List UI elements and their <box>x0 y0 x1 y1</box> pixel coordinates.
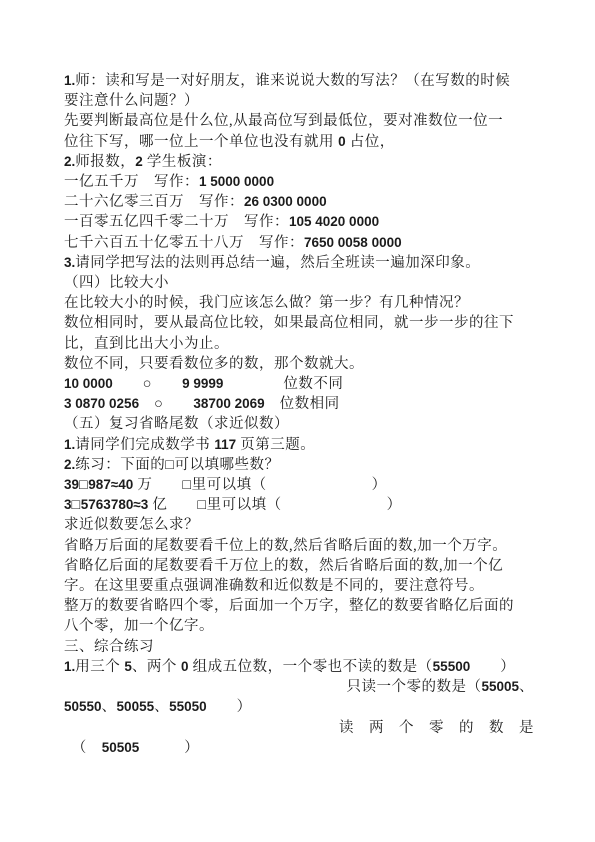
text-run: 比，直到比出大小为止。 <box>64 336 229 352</box>
text-line: 50550、50055、55050 ） <box>64 697 534 717</box>
text-line: （ 50505 ） <box>64 738 534 758</box>
number-run: 2 <box>135 154 143 169</box>
text-line: 10 0000 ○ 9 9999 位数不同 <box>64 374 534 394</box>
text-run: 占位， <box>346 134 395 150</box>
number-run: 987≈40 <box>88 477 133 492</box>
text-run: 位数相同 <box>265 396 340 412</box>
text-line: 3□5763780≈3 亿 □里可以填（ ） <box>64 495 534 515</box>
text-run: ○ <box>113 376 182 392</box>
number-run: 1. <box>64 73 75 88</box>
text-line: 八个零，加一个亿字。 <box>64 616 534 636</box>
text-line: 2.师报数，2 学生板演： <box>64 152 534 172</box>
text-run: 数位不同，只要看数位多的数，那个数就大。 <box>64 356 364 372</box>
number-run: 50055 <box>117 699 155 714</box>
text-run: （ <box>64 740 102 756</box>
number-run: 3. <box>64 255 75 270</box>
text-run: （五）复习省略尾数（求近似数） <box>64 416 289 432</box>
text-line: 2.练习：下面的□可以填哪些数？ <box>64 455 534 475</box>
number-run: 39 <box>64 477 79 492</box>
text-run: 位数不同 <box>223 376 343 392</box>
number-run: 7650 0058 0000 <box>304 235 402 250</box>
text-run: 省略亿后面的尾数要看千万位上的数，然后省略后面的数,加一个亿 <box>64 558 503 574</box>
text-line: 三、综合练习 <box>64 637 534 657</box>
number-run: 55050 <box>169 699 207 714</box>
number-run: 10 0000 <box>64 376 113 391</box>
text-run: 请同学把写法的法则再总结一遍，然后全班读一遍加深印象。 <box>75 255 480 271</box>
number-run: 105 4020 0000 <box>289 214 379 229</box>
document-page: 1.师：读和写是一对好朋友，谁来说说大数的写法？（在写数的时候要注意什么问题？）… <box>0 0 595 842</box>
text-run: 、 <box>154 699 169 715</box>
text-run: 、两个 <box>132 659 181 675</box>
number-run: 50550 <box>64 699 102 714</box>
text-run: 数位相同时，要从最高位比较，如果最高位相同，就一步一步的往下 <box>64 315 514 331</box>
text-line: 要注意什么问题？） <box>64 91 534 111</box>
text-run: ） <box>470 659 515 675</box>
text-line: 数位不同，只要看数位多的数，那个数就大。 <box>64 354 534 374</box>
text-line: 七千六百五十亿零五十八万 写作：7650 0058 0000 <box>64 233 534 253</box>
text-run: 一百零五亿四千零二十万 写作： <box>64 214 289 230</box>
number-run: 117 <box>214 437 236 452</box>
text-run: 三、综合练习 <box>64 639 154 655</box>
text-run: 学生板演： <box>143 154 222 170</box>
number-run: 2. <box>64 457 75 472</box>
number-run: 55500 <box>433 659 471 674</box>
text-line: （四）比较大小 <box>64 273 534 293</box>
number-run: 3 <box>64 497 72 512</box>
text-run: （四）比较大小 <box>64 275 169 291</box>
text-run: 请同学们完成数学书 <box>75 437 214 453</box>
text-run: 组成五位数，一个零也不读的数是（ <box>189 659 433 675</box>
text-line: 字。在这里要重点强调准确数和近似数是不同的，要注意符号。 <box>64 576 534 596</box>
text-line: 读 两 个 零 的 数 是 <box>64 718 534 738</box>
text-line: 比，直到比出大小为止。 <box>64 334 534 354</box>
text-line: 在比较大小的时候，我门应该怎么做？第一步？有几种情况？ <box>64 293 534 313</box>
text-line: 只读一个零的数是（55005、 <box>64 677 534 697</box>
text-line: 整万的数要省略四个零，后面加一个万字，整亿的数要省略亿后面的 <box>64 596 534 616</box>
text-run: 亿 □里可以填（ ） <box>148 497 401 513</box>
number-run: 3 0870 0256 <box>64 396 139 411</box>
text-run: 只读一个零的数是（ <box>346 679 481 695</box>
number-run: 1. <box>64 659 75 674</box>
number-run: 50505 <box>102 740 140 755</box>
number-run: 5 <box>124 659 132 674</box>
number-run: 2. <box>64 154 75 169</box>
document-body: 1.师：读和写是一对好朋友，谁来说说大数的写法？（在写数的时候要注意什么问题？）… <box>64 71 534 758</box>
text-run: 一亿五千万 写作： <box>64 174 199 190</box>
text-run: 师报数， <box>75 154 135 170</box>
text-run: 八个零，加一个亿字。 <box>64 618 214 634</box>
text-run: 位往下写，哪一位上一个单位也没有就用 <box>64 134 338 150</box>
text-line: 省略万后面的尾数要看千位上的数,然后省略后面的数,加一个万字。 <box>64 536 534 556</box>
text-line: 二十六亿零三百万 写作：26 0300 0000 <box>64 192 534 212</box>
text-run: 、 <box>102 699 117 715</box>
text-line: 一亿五千万 写作：1 5000 0000 <box>64 172 534 192</box>
number-run: 9 9999 <box>182 376 223 391</box>
text-run: 二十六亿零三百万 写作： <box>64 194 244 210</box>
text-run: 万 □里可以填（ ） <box>133 477 386 493</box>
number-run: 55005 <box>481 679 519 694</box>
text-line: 1.师：读和写是一对好朋友，谁来说说大数的写法？（在写数的时候 <box>64 71 534 91</box>
text-run: 字。在这里要重点强调准确数和近似数是不同的，要注意符号。 <box>64 578 484 594</box>
number-run: 38700 2069 <box>193 396 264 411</box>
text-run: 省略万后面的尾数要看千位上的数,然后省略后面的数,加一个万字。 <box>64 538 507 554</box>
text-line: 3 0870 0256 ○ 38700 2069 位数相同 <box>64 394 534 414</box>
text-run: 七千六百五十亿零五十八万 写作： <box>64 235 304 251</box>
text-run: 读 两 个 零 的 数 是 <box>339 720 534 736</box>
text-run: ○ <box>139 396 193 412</box>
text-run: 要注意什么问题？） <box>64 93 199 109</box>
text-line: （五）复习省略尾数（求近似数） <box>64 414 534 434</box>
number-run: 1 5000 0000 <box>199 174 274 189</box>
text-run: ） <box>139 740 199 756</box>
text-run: 求近似数要怎么求？ <box>64 517 199 533</box>
text-line: 一百零五亿四千零二十万 写作：105 4020 0000 <box>64 212 534 232</box>
text-line: 39□987≈40 万 □里可以填（ ） <box>64 475 534 495</box>
number-run: 5763780≈3 <box>81 497 148 512</box>
text-run: ） <box>207 699 252 715</box>
text-run: 、 <box>519 679 534 695</box>
number-run: 1. <box>64 437 75 452</box>
number-run: 0 <box>181 659 189 674</box>
text-run: 师：读和写是一对好朋友，谁来说说大数的写法？（在写数的时候 <box>75 73 510 89</box>
text-line: 1.用三个 5、两个 0 组成五位数，一个零也不读的数是（55500 ） <box>64 657 534 677</box>
text-run: 页第三题。 <box>236 437 315 453</box>
text-line: 先要判断最高位是什么位,从最高位写到最低位，要对准数位一位一 <box>64 111 534 131</box>
text-line: 数位相同时，要从最高位比较，如果最高位相同，就一步一步的往下 <box>64 313 534 333</box>
text-run: 练习：下面的□可以填哪些数？ <box>75 457 279 473</box>
text-run: □ <box>72 497 81 513</box>
text-line: 3.请同学把写法的法则再总结一遍，然后全班读一遍加深印象。 <box>64 253 534 273</box>
text-run: 用三个 <box>75 659 124 675</box>
text-run: 先要判断最高位是什么位,从最高位写到最低位，要对准数位一位一 <box>64 113 503 129</box>
number-run: 26 0300 0000 <box>244 194 327 209</box>
text-run: 整万的数要省略四个零，后面加一个万字，整亿的数要省略亿后面的 <box>64 598 514 614</box>
text-run: 在比较大小的时候，我门应该怎么做？第一步？有几种情况？ <box>64 295 469 311</box>
number-run: 0 <box>338 134 346 149</box>
text-line: 1.请同学们完成数学书 117 页第三题。 <box>64 435 534 455</box>
text-line: 求近似数要怎么求？ <box>64 515 534 535</box>
text-run: □ <box>79 477 88 493</box>
text-line: 省略亿后面的尾数要看千万位上的数，然后省略后面的数,加一个亿 <box>64 556 534 576</box>
text-line: 位往下写，哪一位上一个单位也没有就用 0 占位， <box>64 132 534 152</box>
